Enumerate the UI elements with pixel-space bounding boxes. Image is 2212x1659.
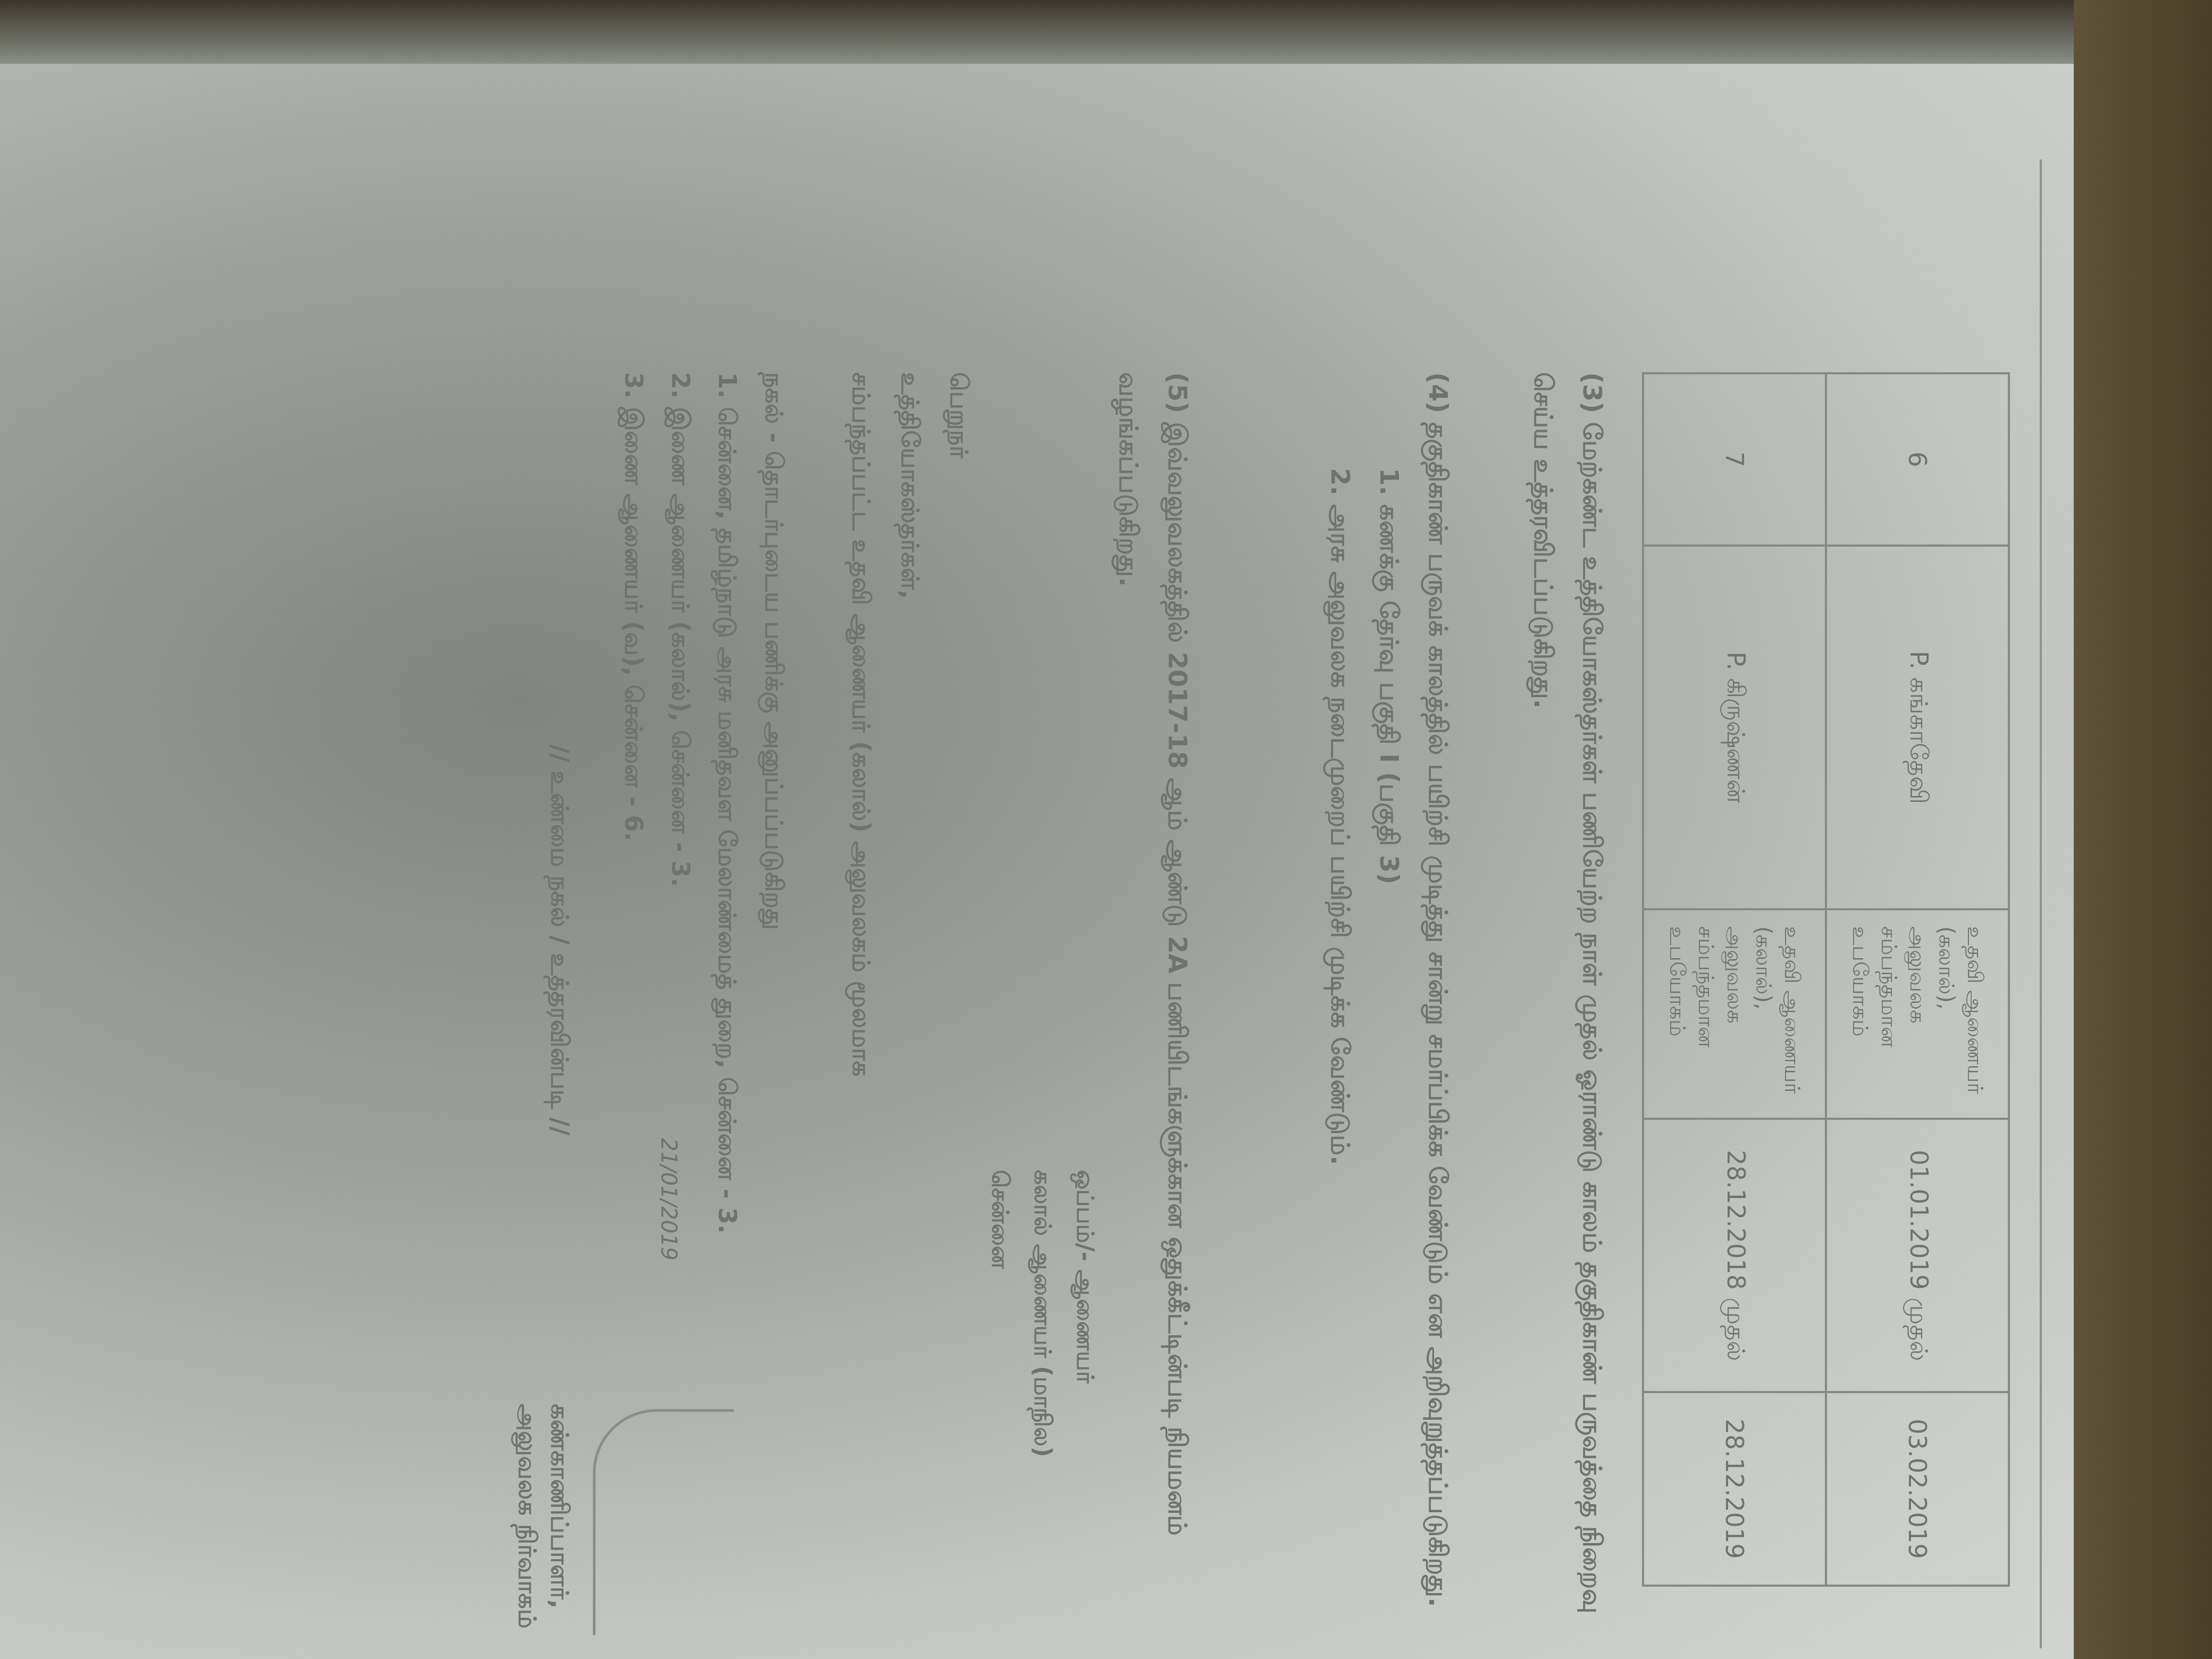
list-item: 2. அரசு அலுவலக நடைமுறைப் பயிற்சி முடிக்க… xyxy=(1316,372,1364,1648)
table-row: 7 P. கிருஷ்ணன் உதவி ஆணையர் (கலால்), அலுவ… xyxy=(1643,373,1826,1586)
cell-sno: 6 xyxy=(1826,373,2009,546)
cell-name: P. கிருஷ்ணன் xyxy=(1643,546,1826,909)
copy-to-label: நகல் - தொடர்புடைய பணிக்கு அனுப்பப்படுகிற… xyxy=(751,372,798,1234)
paragraph-text: தகுதிகாண் பருவக் காலத்தில் பயிற்சி முடித… xyxy=(1423,422,1453,1607)
list-item: 1. கணக்கு தேர்வு பகுதி I (பகுதி 3) xyxy=(1364,372,1413,1648)
paragraph-text: மேற்கண்ட உத்தியோகஸ்தர்கள் பணியேற்ற நாள் … xyxy=(1528,372,1607,1613)
closing-line: சென்னை xyxy=(978,1170,1021,1457)
officer-title: கண்காணிப்பாளர், அலுவலக நிர்வாகம் xyxy=(509,1404,574,1648)
list-item: 2. இணை ஆணையர் (கலால்), சென்னை - 3. xyxy=(657,372,704,1234)
cell-sno: 7 xyxy=(1643,373,1826,546)
paragraph-number: (5) xyxy=(1162,372,1192,413)
desk-surface xyxy=(2074,0,2212,1659)
closing-line: ஒப்பம்/- ஆணையர் xyxy=(1063,1170,1106,1457)
paragraph-3: (3) மேற்கண்ட உத்தியோகஸ்தர்கள் பணியேற்ற ந… xyxy=(1519,372,1616,1648)
document-page: 6 P. கங்காதேவி உதவி ஆணையர் (கலால்), அலுவ… xyxy=(425,372,2074,1648)
cell-date-to: 03.02.2019 xyxy=(1826,1392,2009,1586)
cell-date-to: 28.12.2019 xyxy=(1643,1392,1826,1586)
recipient-line: உத்தியோகஸ்தர்கள், xyxy=(886,372,935,1076)
header-rule xyxy=(2040,160,2042,1648)
recipient-line: சம்பந்தப்பட்ட உதவி ஆணையர் (கலால்) அலுவலக… xyxy=(837,372,886,1076)
cell-name: P. கங்காதேவி xyxy=(1826,546,2009,909)
paragraph-text: இவ்வலுவலகத்தில் 2017-18 ஆம் ஆண்டு 2A பணி… xyxy=(1113,372,1192,1536)
signature-mark xyxy=(593,1409,734,1635)
list-item: 3. இணை ஆணையர் (வ), சென்னை - 6. xyxy=(610,372,657,1234)
background-top xyxy=(0,0,2212,64)
paragraph-4: (4) தகுதிகாண் பருவக் காலத்தில் பயிற்சி ம… xyxy=(1316,372,1462,1648)
recipient-block: பெறுநர் உத்தியோகஸ்தர்கள், சம்பந்தப்பட்ட … xyxy=(837,372,984,1076)
cell-date-from: 28.12.2018 முதல் xyxy=(1643,1119,1826,1392)
cell-date-from: 01.01.2019 முதல் xyxy=(1826,1119,2009,1392)
table-row: 6 P. கங்காதேவி உதவி ஆணையர் (கலால்), அலுவ… xyxy=(1826,373,2009,1586)
cell-designation: உதவி ஆணையர் (கலால்), அலுவலக சம்பந்தமான உ… xyxy=(1643,909,1826,1119)
closing-block: ஒப்பம்/- ஆணையர் கலால் ஆணையர் (மாநில) சென… xyxy=(978,1170,1106,1457)
handwritten-date: 21/01/2019 xyxy=(656,1138,681,1261)
list-item: 1. சென்னை, தமிழ்நாடு அரசு மனிதவள மேலாண்ம… xyxy=(704,372,751,1234)
paragraph-number: (3) xyxy=(1577,372,1607,413)
paragraph-5: (5) இவ்வலுவலகத்தில் 2017-18 ஆம் ஆண்டு 2A… xyxy=(1104,372,1202,1648)
recipient-label: பெறுநர் xyxy=(935,372,984,1076)
officer-table: 6 P. கங்காதேவி உதவி ஆணையர் (கலால்), அலுவ… xyxy=(1642,372,2010,1587)
copy-to-block: நகல் - தொடர்புடைய பணிக்கு அனுப்பப்படுகிற… xyxy=(610,372,798,1234)
cell-designation: உதவி ஆணையர் (கலால்), அலுவலக சம்பந்தமான உ… xyxy=(1826,909,2009,1119)
closing-line: கலால் ஆணையர் (மாநில) xyxy=(1021,1170,1063,1457)
paragraph-number: (4) xyxy=(1423,372,1453,413)
true-copy-footer: // உண்மை நகல் / உத்தரவின்படி // xyxy=(542,744,574,1135)
